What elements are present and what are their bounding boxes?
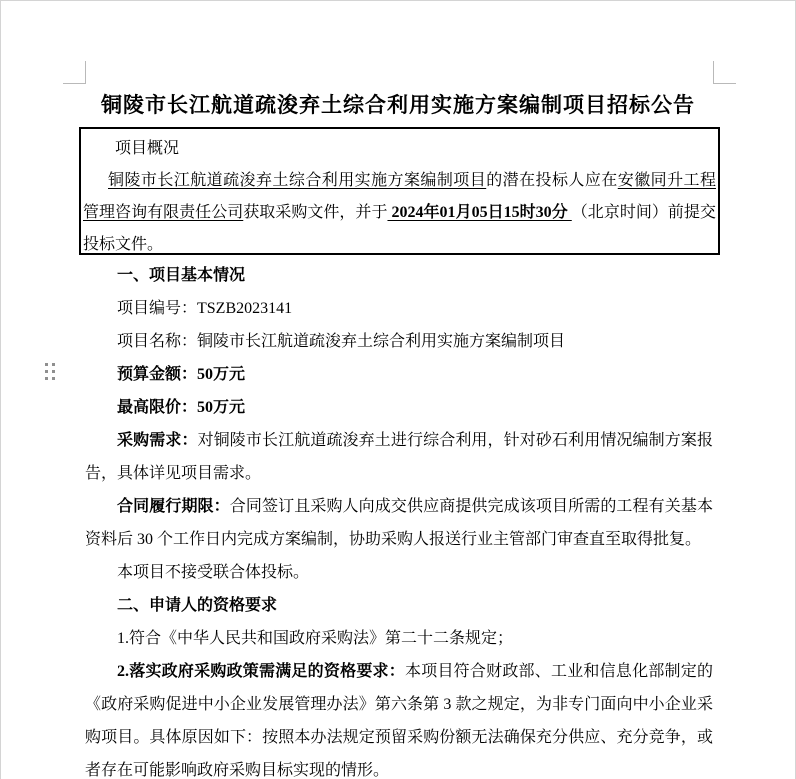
qualification-2-text: 本项目符合财政部、工业和信息化部制定的《政府采购促进中小企业发展管理办法》第六条… [85,663,713,779]
project-name-underlined: 铜陵市长江航道疏浚弃土综合利用实施方案编制项目 [108,172,486,189]
deadline-datetime: 2024年01月05日15时30分 [387,204,571,221]
contract-term-label: 合同履行期限： [117,498,230,515]
procurement-demand: 采购需求：对铜陵市长江航道疏浚弃土进行综合利用，针对砂石利用情况编制方案报告，具… [85,424,713,490]
overview-paragraph: 铜陵市长江航道疏浚弃土综合利用实施方案编制项目的潜在投标人应在安徽同升工程管理咨… [83,165,716,255]
contract-term: 合同履行期限：合同签订且采购人向成交供应商提供完成该项目所需的工程有关基本资料后… [85,490,713,556]
procurement-demand-label: 采购需求： [117,432,198,449]
section-2-heading: 二、申请人的资格要求 [85,589,713,622]
document-page: 铜陵市长江航道疏浚弃土综合利用实施方案编制项目招标公告 项目概况 铜陵市长江航道… [0,0,796,779]
overview-text: 获取采购文件，并于 [243,204,387,221]
max-price: 最高限价：50万元 [85,391,713,424]
text-boundary-mark-left-icon [63,61,86,84]
project-overview-box: 项目概况 铜陵市长江航道疏浚弃土综合利用实施方案编制项目的潜在投标人应在安徽同升… [79,127,720,255]
joint-bid-note: 本项目不接受联合体投标。 [85,556,713,589]
project-number: 项目编号：TSZB2023141 [85,292,713,325]
six-dot-margin-marker-icon [45,363,56,381]
section-1-heading: 一、项目基本情况 [85,259,713,292]
qualification-2-label: 2.落实政府采购政策需满足的资格要求： [117,663,405,680]
overview-heading: 项目概况 [83,133,716,165]
document-body: 一、项目基本情况 项目编号：TSZB2023141 项目名称：铜陵市长江航道疏浚… [85,259,713,779]
overview-text: 的潜在投标人应在 [486,172,618,189]
project-name: 项目名称：铜陵市长江航道疏浚弃土综合利用实施方案编制项目 [85,325,713,358]
qualification-2: 2.落实政府采购政策需满足的资格要求：本项目符合财政部、工业和信息化部制定的《政… [85,655,713,779]
qualification-1: 1.符合《中华人民共和国政府采购法》第二十二条规定； [85,622,713,655]
text-boundary-mark-right-icon [713,61,736,84]
budget-amount: 预算金额：50万元 [85,358,713,391]
page-title: 铜陵市长江航道疏浚弃土综合利用实施方案编制项目招标公告 [1,89,795,119]
